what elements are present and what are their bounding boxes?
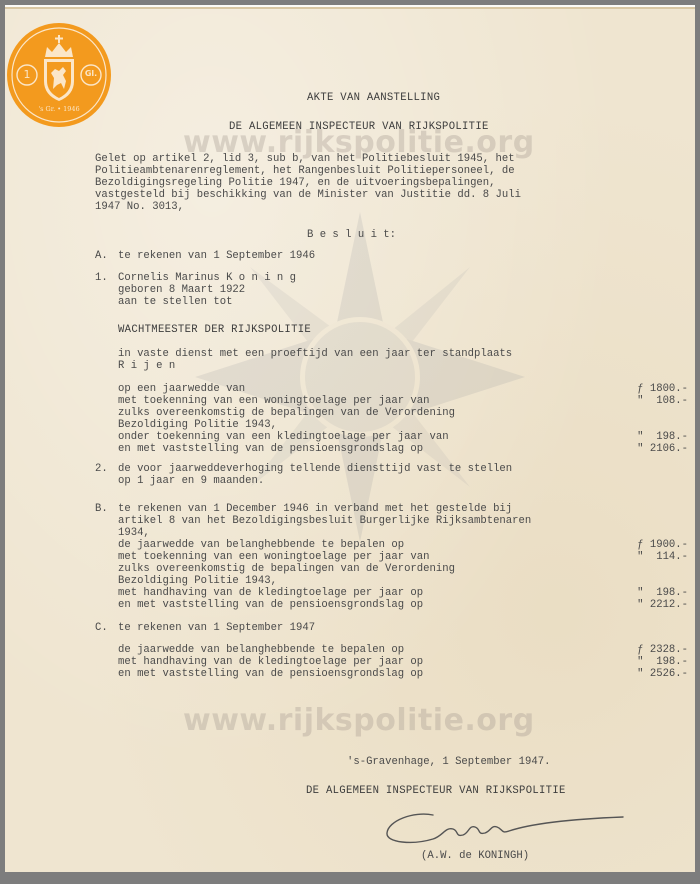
section-b-line: artikel 8 van het Bezoldigingsbesluit Bu…	[118, 515, 531, 527]
watermark-bottom: www.rijkspolitie.org	[183, 703, 535, 738]
signatory-name: (A.W. de KONINGH)	[421, 850, 529, 862]
preamble-line: 1947 No. 3013,	[95, 201, 184, 213]
preamble-line: vastgesteld bij beschikking van de Minis…	[95, 189, 521, 201]
besluit-heading: B e s l u i t:	[307, 229, 396, 241]
section-b-label: B.	[95, 503, 108, 515]
pay-line: Bezoldiging Politie 1943,	[118, 419, 277, 431]
pay-line: op een jaarwedde van	[118, 383, 245, 395]
pay-line: onder toekenning van een kledingtoelage …	[118, 431, 449, 443]
item-2-label: 2.	[95, 463, 108, 475]
rank-title: WACHTMEESTER DER RIJKSPOLITIE	[118, 324, 311, 336]
pay-line: de jaarwedde van belanghebbende te bepal…	[118, 539, 404, 551]
pay-amount: " 114.-	[637, 551, 688, 563]
pay-amount: ƒ 1800.-	[637, 383, 688, 395]
appointee-birth: geboren 8 Maart 1922	[118, 284, 245, 296]
place-date: 's-Gravenhage, 1 September 1947.	[347, 756, 550, 768]
pay-line: met toekenning van een woningtoelage per…	[118, 551, 430, 563]
pay-amount: " 198.-	[637, 656, 688, 668]
station-name: R i j e n	[118, 360, 175, 372]
section-c-text: te rekenen van 1 September 1947	[118, 622, 315, 634]
pay-line: Bezoldiging Politie 1943,	[118, 575, 277, 587]
pay-amount: " 2526.-	[637, 668, 688, 680]
pay-line: met handhaving van de kledingtoelage per…	[118, 587, 423, 599]
seal-bottom-text: 's Gr. • 1946	[29, 105, 89, 113]
seal-left-value: 1	[22, 68, 32, 81]
section-c-label: C.	[95, 622, 108, 634]
item-2-line: de voor jaarweddeverhoging tellende dien…	[118, 463, 512, 475]
pay-amount: ƒ 2328.-	[637, 644, 688, 656]
section-a-label: A.	[95, 250, 108, 262]
section-b-line: 1934,	[118, 527, 150, 539]
preamble-line: Gelet op artikel 2, lid 3, sub b, van he…	[95, 153, 515, 165]
pay-line: en met vaststelling van de pensioensgron…	[118, 443, 423, 455]
preamble-line: Bezoldigingsregeling Politie 1947, en de…	[95, 177, 496, 189]
document-title: AKTE VAN AANSTELLING	[307, 92, 440, 104]
pay-line: de jaarwedde van belanghebbende te bepal…	[118, 644, 404, 656]
pay-amount: " 198.-	[637, 431, 688, 443]
pay-amount: " 198.-	[637, 587, 688, 599]
pay-amount: " 108.-	[637, 395, 688, 407]
section-b-line: te rekenen van 1 December 1946 in verban…	[118, 503, 512, 515]
pay-amount: " 2106.-	[637, 443, 688, 455]
signatory-title: DE ALGEMEEN INSPECTEUR VAN RIJKSPOLITIE	[306, 785, 566, 797]
pay-line: zulks overeenkomstig de bepalingen van d…	[118, 563, 455, 575]
document-page: 1 Gl. 's Gr. • 1946 www.rijkspolitie.org…	[5, 5, 695, 872]
appointee-name: Cornelis Marinus K o n i n g	[118, 272, 296, 284]
section-a-text: te rekenen van 1 September 1946	[118, 250, 315, 262]
pay-line: en met vaststelling van de pensioensgron…	[118, 599, 423, 611]
appointee-line: aan te stellen tot	[118, 296, 232, 308]
pay-line: met handhaving van de kledingtoelage per…	[118, 656, 423, 668]
preamble-line: Politieambtenarenreglement, het Rangenbe…	[95, 165, 515, 177]
pay-amount: ƒ 1900.-	[637, 539, 688, 551]
pay-line: met toekenning van een woningtoelage per…	[118, 395, 430, 407]
handwritten-signature-icon	[383, 807, 643, 852]
pay-amount: " 2212.-	[637, 599, 688, 611]
pay-line: en met vaststelling van de pensioensgron…	[118, 668, 423, 680]
item-2-line: op 1 jaar en 9 maanden.	[118, 475, 264, 487]
issuer-heading: DE ALGEMEEN INSPECTEUR VAN RIJKSPOLITIE	[229, 121, 489, 133]
service-line: in vaste dienst met een proeftijd van ee…	[118, 348, 512, 360]
pay-line: zulks overeenkomstig de bepalingen van d…	[118, 407, 455, 419]
seal-right-value: Gl.	[81, 69, 101, 78]
item-1-label: 1.	[95, 272, 108, 284]
orange-revenue-seal: 1 Gl. 's Gr. • 1946	[7, 23, 111, 127]
